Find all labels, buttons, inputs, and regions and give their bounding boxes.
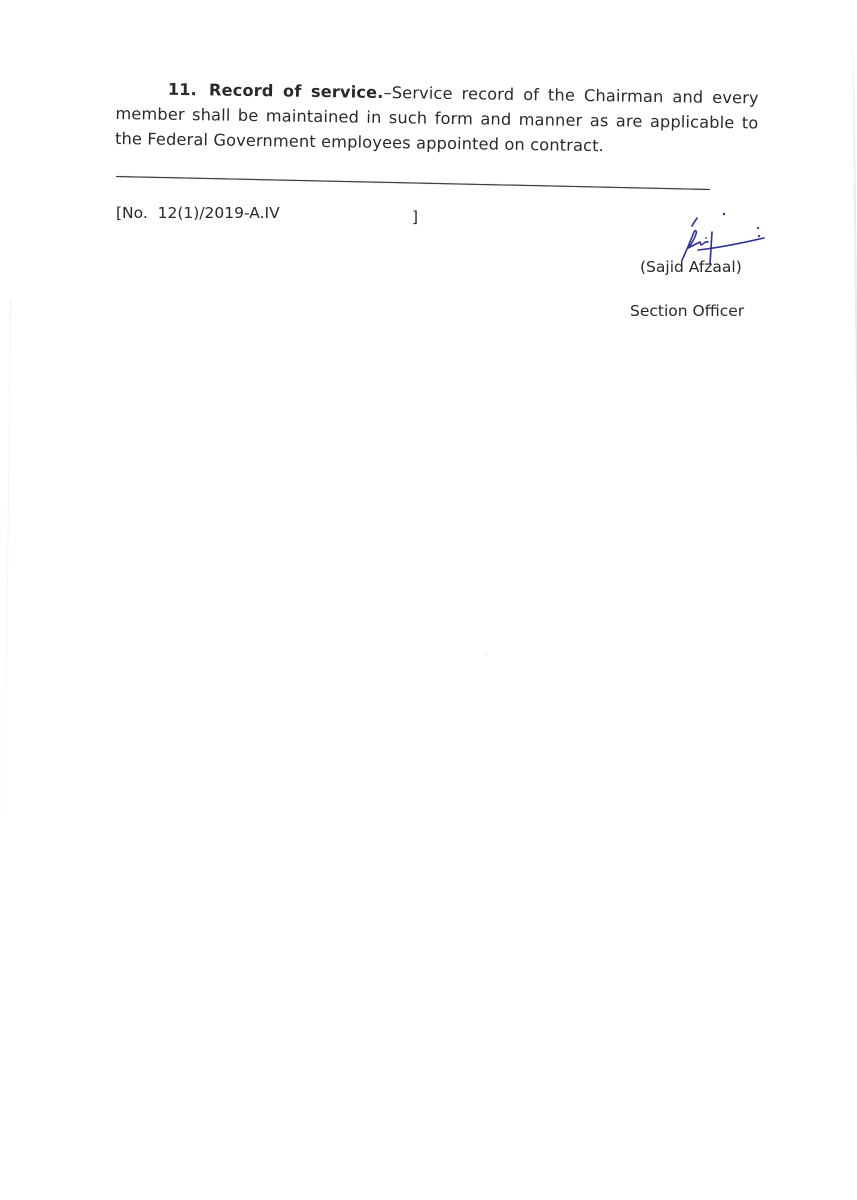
file-reference-closing-bracket: ]	[412, 208, 418, 226]
scan-speck	[485, 653, 487, 655]
clause-paragraph: 11.Record of service.–Service record of …	[115, 76, 759, 161]
clause-number: 11.	[168, 80, 197, 99]
document-page: 11.Record of service.–Service record of …	[0, 0, 857, 1200]
clause-heading: Record of service.	[209, 80, 384, 102]
signature-icon	[668, 208, 772, 264]
clause-11: 11.Record of service.–Service record of …	[115, 76, 759, 161]
signatory-title: Section Officer	[630, 302, 744, 320]
clause-dash: –	[383, 83, 392, 102]
scan-edge-right	[852, 20, 857, 1200]
scan-edge-left	[4, 300, 11, 900]
horizontal-rule	[116, 176, 710, 190]
file-reference-number: [No. 12(1)/2019-A.IV	[116, 204, 280, 222]
signatory-name: (Sajid Afzaal)	[640, 258, 742, 276]
